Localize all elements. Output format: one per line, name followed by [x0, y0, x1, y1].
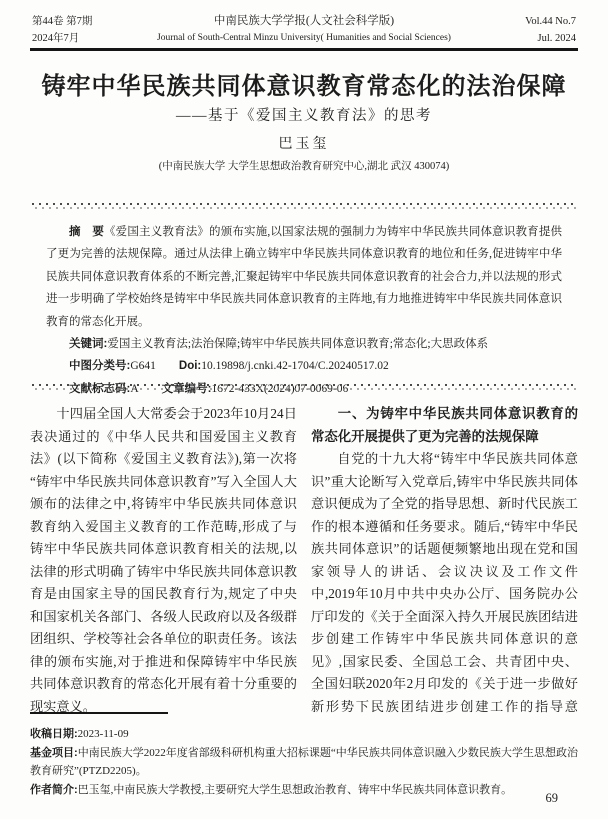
- abstract-text: 《爱国主义教育法》的颁布实施,以国家法规的强制力为铸牢中华民族共同体意识教育提供…: [46, 226, 562, 328]
- clc-value: G641: [130, 360, 156, 372]
- journal-title-en: Journal of South-Central Minzu Universit…: [0, 30, 608, 46]
- fund-label: 基金项目:: [30, 747, 78, 759]
- header-center: 中南民族大学学报(人文社会科学版) Journal of South-Centr…: [0, 12, 608, 46]
- header-rule: [30, 48, 578, 51]
- article-title: 铸牢中华民族共同体意识教育常态化的法治保障: [0, 66, 608, 101]
- fund-line: 基金项目:中南民族大学2022年度省部级科研机构重大招标课题“中华民族共同体意识…: [30, 744, 578, 781]
- keywords-label: 关键词:: [69, 338, 107, 350]
- abstract-paragraph: 摘 要《爱国主义教育法》的颁布实施,以国家法规的强制力为铸牢中华民族共同体意识教…: [46, 221, 562, 333]
- clc-doi-line: 中图分类号:G641Doi:10.19898/j.cnki.42-1704/C.…: [46, 355, 562, 377]
- date-en: Jul. 2024: [525, 30, 576, 47]
- journal-page: 第44卷 第7期 2024年7月 中南民族大学学报(人文社会科学版) Journ…: [0, 0, 608, 819]
- header-right: Vol.44 No.7 Jul. 2024: [525, 13, 576, 47]
- page-number: 69: [546, 791, 559, 806]
- article-subtitle: ——基于《爱国主义教育法》的思考: [0, 104, 608, 125]
- keywords-line: 关键词:爱国主义教育法;法治保障;铸牢中华民族共同体意识教育;常态化;大思政体系: [46, 333, 562, 355]
- keywords-text: 爱国主义教育法;法治保障;铸牢中华民族共同体意识教育;常态化;大思政体系: [107, 338, 488, 350]
- fund-text: 中南民族大学2022年度省部级科研机构重大招标课题“中华民族共同体意识融入少数民…: [30, 747, 578, 778]
- journal-title-cn: 中南民族大学学报(人文社会科学版): [0, 12, 608, 30]
- footnote-rule: [30, 712, 168, 714]
- right-column: 一、为铸牢中华民族共同体意识教育的常态化开展提供了更为完善的法规保障 自党的十九…: [311, 403, 578, 721]
- volume-issue-en: Vol.44 No.7: [525, 13, 576, 30]
- author-affiliation: (中南民族大学 大学生思想政治教育研究中心,湖北 武汉 430074): [0, 158, 608, 173]
- abstract-label: 摘 要: [69, 226, 104, 238]
- clc-label: 中图分类号:: [69, 360, 130, 372]
- ornament-divider-top: [30, 202, 578, 211]
- doi-label: Doi:: [179, 360, 201, 372]
- article-body: 十四届全国人大常委会于2023年10月24日表决通过的《中华人民共和国爱国主义教…: [30, 403, 578, 721]
- author-bio-label: 作者简介:: [30, 784, 78, 796]
- intro-paragraph: 十四届全国人大常委会于2023年10月24日表决通过的《中华人民共和国爱国主义教…: [30, 403, 297, 718]
- doi-value: 10.19898/j.cnki.42-1704/C.20240517.02: [201, 360, 389, 372]
- footnotes: 收稿日期:2023-11-09 基金项目:中南民族大学2022年度省部级科研机构…: [30, 725, 578, 799]
- section1-heading: 一、为铸牢中华民族共同体意识教育的常态化开展提供了更为完善的法规保障: [311, 403, 578, 448]
- left-column: 十四届全国人大常委会于2023年10月24日表决通过的《中华人民共和国爱国主义教…: [30, 403, 297, 721]
- received-date-line: 收稿日期:2023-11-09: [30, 725, 578, 744]
- author-bio-text: 巴玉玺,中南民族大学教授,主要研究大学生思想政治教育、铸牢中华民族共同体意识教育…: [78, 784, 513, 796]
- author-name: 巴玉玺: [0, 133, 608, 153]
- section1-paragraph: 自党的十九大将“铸牢中华民族共同体意识”重大论断写入党章后,铸牢中华民族共同体意…: [311, 448, 578, 721]
- author-bio-line: 作者简介:巴玉玺,中南民族大学教授,主要研究大学生思想政治教育、铸牢中华民族共同…: [30, 781, 578, 800]
- abstract-block: 摘 要《爱国主义教育法》的颁布实施,以国家法规的强制力为铸牢中华民族共同体意识教…: [46, 221, 562, 400]
- received-date-value: 2023-11-09: [78, 728, 129, 740]
- ornament-divider-bottom: [30, 383, 578, 392]
- received-date-label: 收稿日期:: [30, 728, 78, 740]
